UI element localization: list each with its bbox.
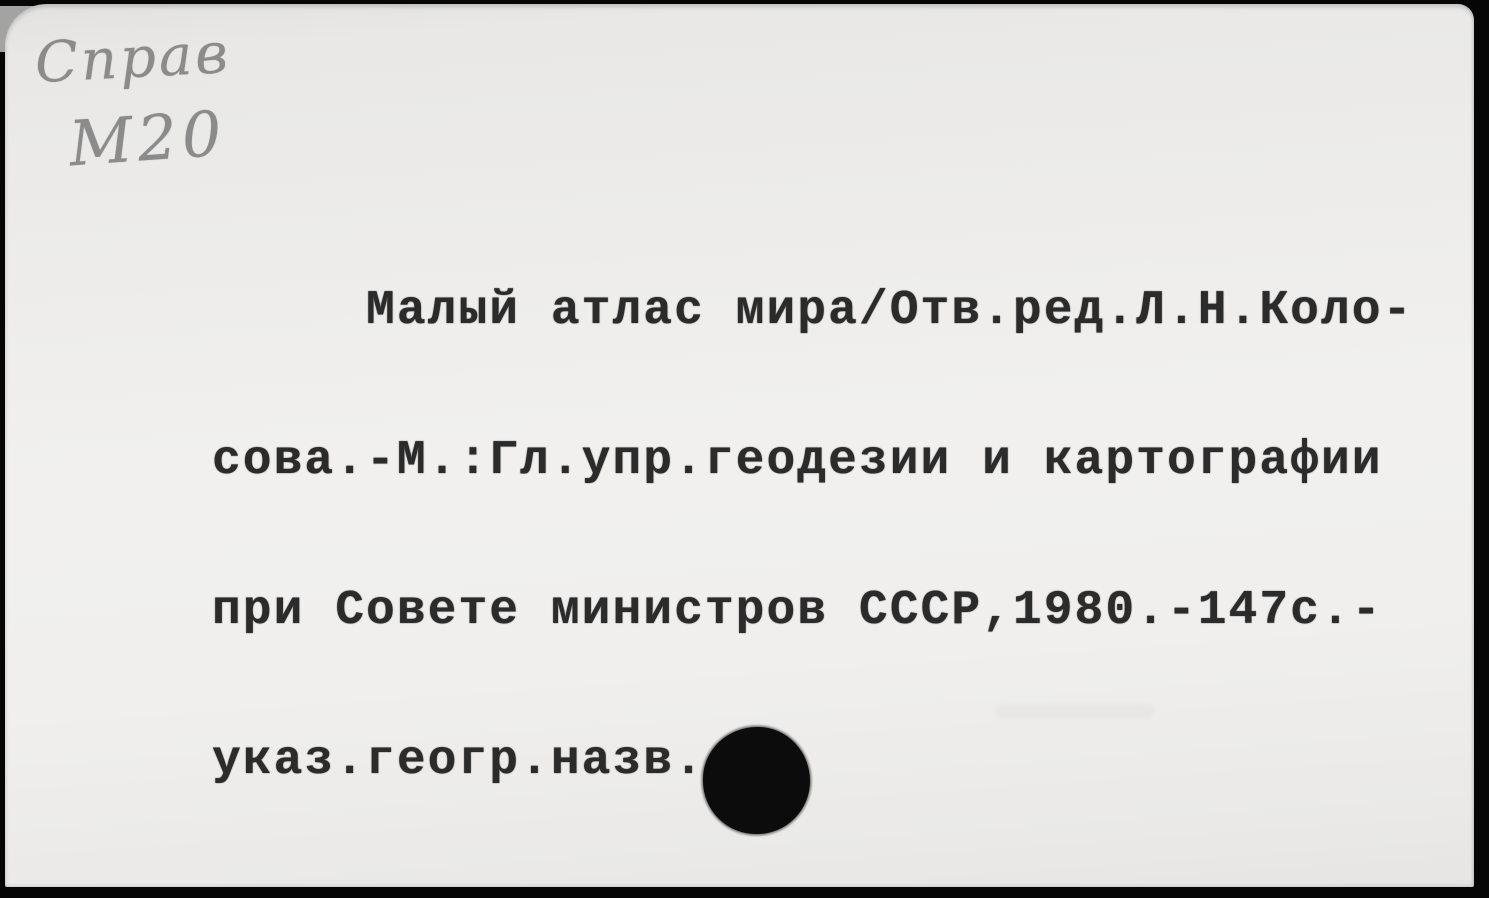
punch-hole bbox=[703, 727, 810, 834]
catalog-entry-line-2: сова.-М.:Гл.упр.геодезии и картографии bbox=[212, 436, 1413, 486]
shelf-mark-section: Справ bbox=[33, 21, 232, 96]
catalog-entry-line-3: при Совете министров СССР,1980.-147с.- bbox=[212, 586, 1413, 636]
shelf-mark-number: М20 bbox=[67, 97, 229, 181]
catalog-entry: Малый атлас мира/Отв.ред.Л.Н.Коло- сова.… bbox=[212, 186, 1413, 886]
wear-smudge bbox=[995, 704, 1155, 718]
catalog-entry-line-1: Малый атлас мира/Отв.ред.Л.Н.Коло- bbox=[212, 286, 1413, 336]
catalog-entry-line-4: указ.геогр.назв. bbox=[212, 736, 1413, 786]
library-catalog-card: Справ М20 Малый атлас мира/Отв.ред.Л.Н.К… bbox=[5, 4, 1474, 887]
scanned-photo-background: Справ М20 Малый атлас мира/Отв.ред.Л.Н.К… bbox=[0, 0, 1489, 898]
